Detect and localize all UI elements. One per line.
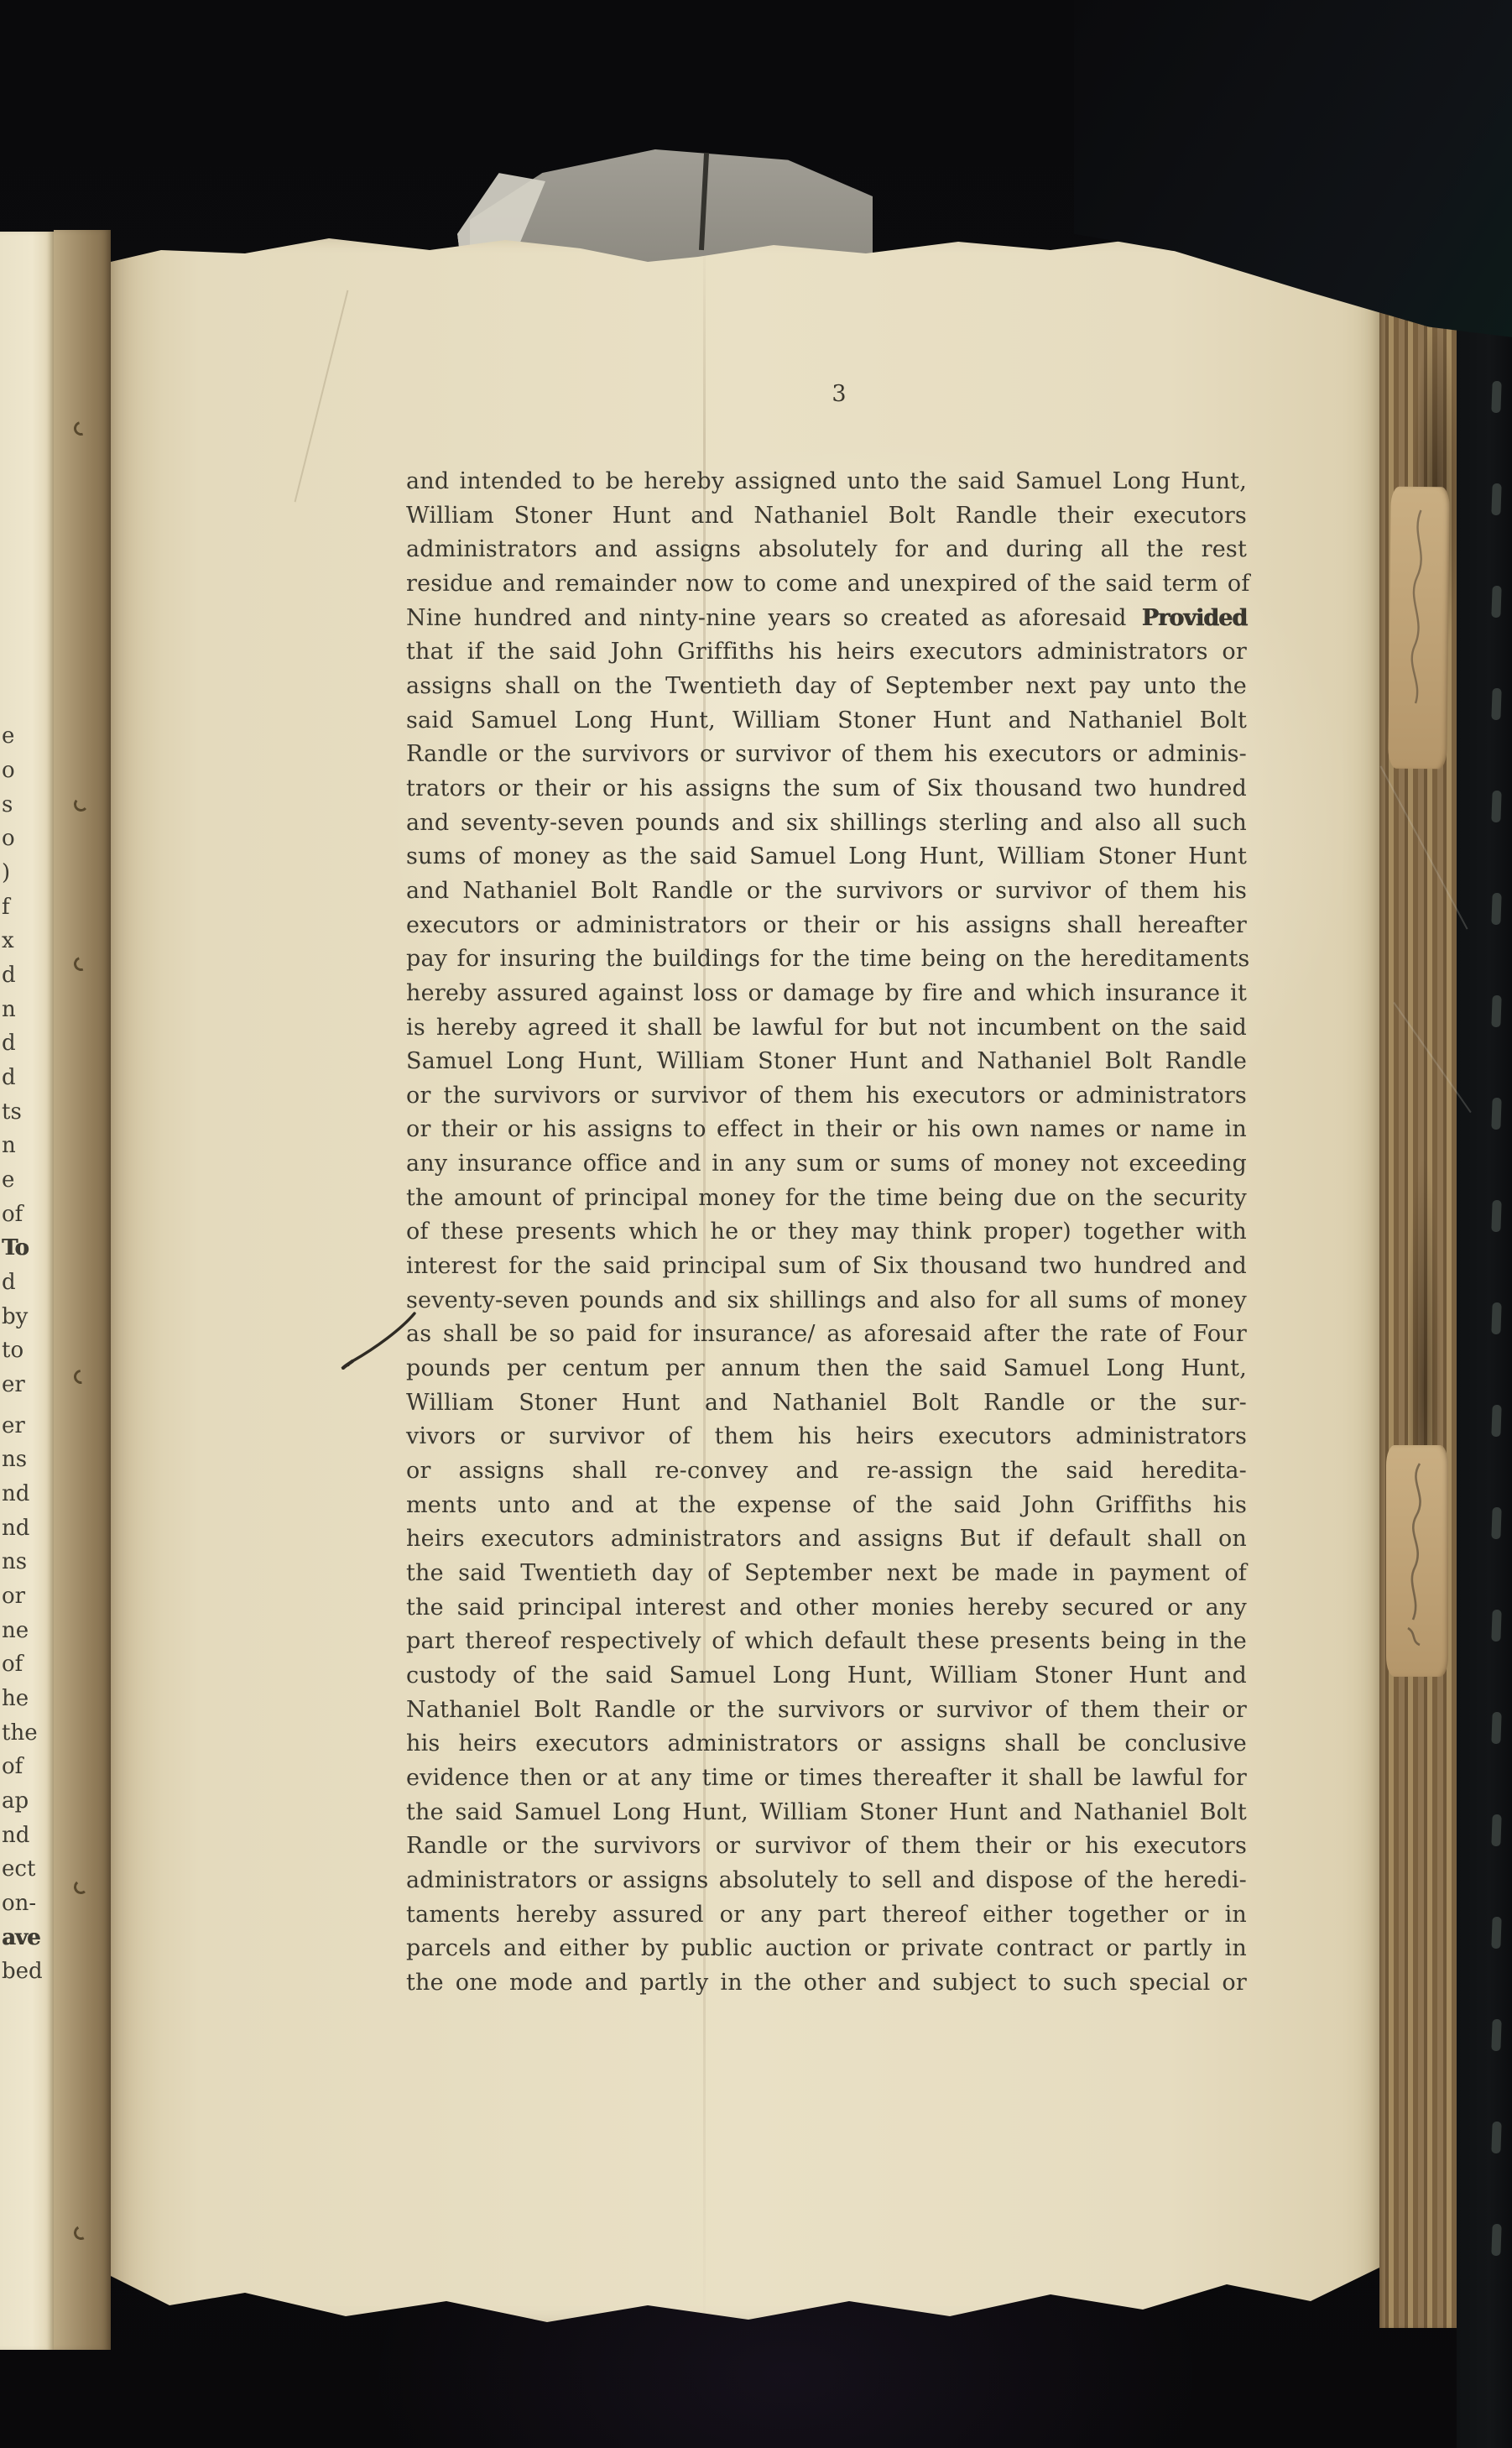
edge-text-fragment: n bbox=[2, 997, 52, 1022]
text-line: the said Twentieth day of September next… bbox=[406, 1557, 1247, 1591]
edge-text-fragment: by bbox=[2, 1304, 52, 1329]
text-line: parcels and either by public auction or … bbox=[406, 1932, 1247, 1966]
edge-text-fragment: ns bbox=[2, 1447, 52, 1472]
text-line: hereby assured against loss or damage by… bbox=[406, 977, 1247, 1011]
text-line: the amount of principal money for the ti… bbox=[406, 1182, 1247, 1216]
edge-text-fragment: o bbox=[2, 826, 52, 851]
text-line: Nathaniel Bolt Randle or the survivors o… bbox=[406, 1694, 1247, 1728]
edge-text-fragment: nd bbox=[2, 1823, 52, 1848]
edge-text-fragment: e bbox=[2, 1167, 52, 1193]
cover-seam-dash bbox=[1491, 1200, 1501, 1232]
edge-text-fragment: x bbox=[2, 928, 52, 953]
edge-text-fragment: ect bbox=[2, 1856, 52, 1882]
text-line: executors or administrators or their or … bbox=[406, 909, 1247, 943]
text-line: any insurance office and in any sum or s… bbox=[406, 1147, 1247, 1182]
edge-text-fragment: ) bbox=[2, 860, 52, 885]
fore-edge-tab bbox=[1386, 1445, 1448, 1677]
edge-text-fragment: or bbox=[2, 1584, 52, 1609]
edge-text-fragment: d bbox=[2, 1270, 52, 1295]
edge-text-fragment: d bbox=[2, 1065, 52, 1090]
cover-seam-dash bbox=[1491, 1405, 1501, 1437]
text-line: is hereby agreed it shall be lawful for … bbox=[406, 1011, 1247, 1046]
book-cover-right bbox=[1457, 0, 1512, 2448]
text-line: trators or their or his assigns the sum … bbox=[406, 772, 1247, 806]
text-line: administrators or assigns absolutely to … bbox=[406, 1864, 1247, 1898]
edge-text-fragment: s bbox=[2, 792, 52, 817]
edge-text-fragment: er bbox=[2, 1372, 52, 1397]
previous-page-edge: eoso)fxdnddtsneofTodbytoerernsndndnsorne… bbox=[0, 232, 54, 2350]
cover-seam-dash bbox=[1491, 2224, 1501, 2256]
text-line: or the survivors or survivor of them his… bbox=[406, 1079, 1247, 1114]
text-line: taments hereby assured or any part there… bbox=[406, 1898, 1247, 1933]
text-line: pounds per centum per annum then the sai… bbox=[406, 1352, 1247, 1386]
text-line: sums of money as the said Samuel Long Hu… bbox=[406, 840, 1247, 874]
stitch-thread bbox=[73, 1879, 89, 1895]
text-line: part thereof respectively of which defau… bbox=[406, 1625, 1247, 1659]
cover-seam-dash bbox=[1491, 1814, 1501, 1846]
text-line: the said Samuel Long Hunt, William Stone… bbox=[406, 1796, 1247, 1830]
fore-edge-handwriting-icon bbox=[1391, 1452, 1442, 1653]
text-line: seventy-seven pounds and six shillings a… bbox=[406, 1284, 1247, 1318]
text-line: or assigns shall re-convey and re-assign… bbox=[406, 1454, 1247, 1489]
text-line: evidence then or at any time or times th… bbox=[406, 1762, 1247, 1796]
text-line: administrators and assigns absolutely fo… bbox=[406, 533, 1247, 567]
edge-text-fragment: e bbox=[2, 723, 52, 749]
text-line: as shall be so paid for insurance/ as af… bbox=[406, 1318, 1247, 1352]
edge-text-fragment: er bbox=[2, 1413, 52, 1438]
edge-text-fragment: nd bbox=[2, 1516, 52, 1541]
text-line: that if the said John Griffiths his heir… bbox=[406, 635, 1247, 670]
edge-text-fragment: he bbox=[2, 1686, 52, 1711]
page-number: 3 bbox=[814, 381, 864, 407]
handwritten-checkmark-icon bbox=[337, 1309, 418, 1370]
text-line: Samuel Long Hunt, William Stoner Hunt an… bbox=[406, 1045, 1247, 1079]
text-line: the one mode and partly in the other and… bbox=[406, 1966, 1247, 2001]
document-page: 3 and intended to be hereby assigned unt… bbox=[111, 228, 1379, 2346]
stitch-thread bbox=[71, 1367, 91, 1387]
cover-seam-dash bbox=[1491, 2019, 1501, 2051]
body-text: and intended to be hereby assigned unto … bbox=[406, 465, 1247, 2001]
text-line: or their or his assigns to effect in the… bbox=[406, 1113, 1247, 1147]
cover-seam-dash bbox=[1491, 1610, 1501, 1642]
text-line: William Stoner Hunt and Nathaniel Bolt R… bbox=[406, 1386, 1247, 1421]
text-line: ments unto and at the expense of the sai… bbox=[406, 1489, 1247, 1523]
edge-text-fragment: ts bbox=[2, 1099, 52, 1125]
text-line: Randle or the survivors or survivor of t… bbox=[406, 738, 1247, 772]
text-line: and Nathaniel Bolt Randle or the survivo… bbox=[406, 874, 1247, 909]
text-line: custody of the said Samuel Long Hunt, Wi… bbox=[406, 1659, 1247, 1694]
cover-seam-dash bbox=[1491, 791, 1501, 822]
edge-text-fragment: ave bbox=[2, 1925, 52, 1950]
edge-text-fragment: of bbox=[2, 1202, 52, 1227]
edge-text-fragment: To bbox=[2, 1235, 52, 1261]
text-line: the said principal interest and other mo… bbox=[406, 1591, 1247, 1626]
cover-seam-dash bbox=[1491, 1712, 1501, 1744]
binding-gutter bbox=[54, 230, 111, 2350]
book-photo-scene: eoso)fxdnddtsneofTodbytoerernsndndnsorne… bbox=[0, 0, 1512, 2448]
edge-text-fragment: n bbox=[2, 1133, 52, 1158]
edge-text-fragment: to bbox=[2, 1338, 52, 1363]
stitch-thread bbox=[71, 954, 91, 973]
edge-text-fragment: d bbox=[2, 1031, 52, 1056]
cover-seam-dash bbox=[1491, 1917, 1501, 1949]
edge-text-fragment: ap bbox=[2, 1788, 52, 1814]
text-line: Randle or the survivors or survivor of t… bbox=[406, 1829, 1247, 1864]
edge-text-fragment: f bbox=[2, 895, 52, 920]
text-line: of these presents which he or they may t… bbox=[406, 1215, 1247, 1250]
text-line: Nine hundred and ninty-nine years so cre… bbox=[406, 602, 1247, 636]
edge-text-fragment: d bbox=[2, 963, 52, 988]
cover-seam-dash bbox=[1491, 1098, 1501, 1130]
text-line: pay for insuring the buildings for the t… bbox=[406, 942, 1247, 977]
text-line: his heirs executors administrators or as… bbox=[406, 1727, 1247, 1762]
stitch-thread bbox=[71, 419, 91, 438]
text-line: heirs executors administrators and assig… bbox=[406, 1522, 1247, 1557]
cover-seam-dash bbox=[1491, 893, 1501, 925]
text-line: interest for the said principal sum of S… bbox=[406, 1250, 1247, 1284]
cover-seam-dash bbox=[1491, 688, 1501, 720]
stitch-thread bbox=[72, 2224, 90, 2242]
cover-seam-dash bbox=[1491, 483, 1501, 515]
fore-edge-handwriting-icon bbox=[1394, 493, 1443, 746]
edge-text-fragment: on- bbox=[2, 1891, 52, 1916]
fore-edge-tab bbox=[1388, 487, 1450, 770]
cover-seam-dash bbox=[1491, 381, 1501, 413]
stitch-thread bbox=[73, 796, 88, 812]
edge-text-fragment: of bbox=[2, 1754, 52, 1779]
edge-text-fragment: nd bbox=[2, 1481, 52, 1506]
edge-text-fragment: o bbox=[2, 758, 52, 783]
text-line: residue and remainder now to come and un… bbox=[406, 567, 1247, 602]
edge-text-fragment: bed bbox=[2, 1959, 52, 1984]
cover-seam-dash bbox=[1491, 995, 1501, 1027]
cover-seam-dash bbox=[1491, 586, 1501, 618]
text-line: and intended to be hereby assigned unto … bbox=[406, 465, 1247, 499]
edge-text-fragment: ne bbox=[2, 1618, 52, 1643]
text-line: William Stoner Hunt and Nathaniel Bolt R… bbox=[406, 499, 1247, 534]
provided-blackletter-word: Provided bbox=[1127, 605, 1247, 631]
text-line: vivors or survivor of them his heirs exe… bbox=[406, 1420, 1247, 1454]
edge-text-fragment: of bbox=[2, 1652, 52, 1677]
edge-text-fragment: the bbox=[2, 1720, 52, 1746]
text-line: and seventy-seven pounds and six shillin… bbox=[406, 806, 1247, 841]
cover-seam-dash bbox=[1491, 1507, 1501, 1539]
cover-seam-dash bbox=[1491, 1302, 1501, 1334]
text-line: said Samuel Long Hunt, William Stoner Hu… bbox=[406, 704, 1247, 739]
edge-text-fragment: ns bbox=[2, 1549, 52, 1574]
cover-seam-dash bbox=[1491, 2122, 1501, 2153]
text-line: assigns shall on the Twentieth day of Se… bbox=[406, 670, 1247, 704]
page-scratch bbox=[295, 290, 349, 503]
